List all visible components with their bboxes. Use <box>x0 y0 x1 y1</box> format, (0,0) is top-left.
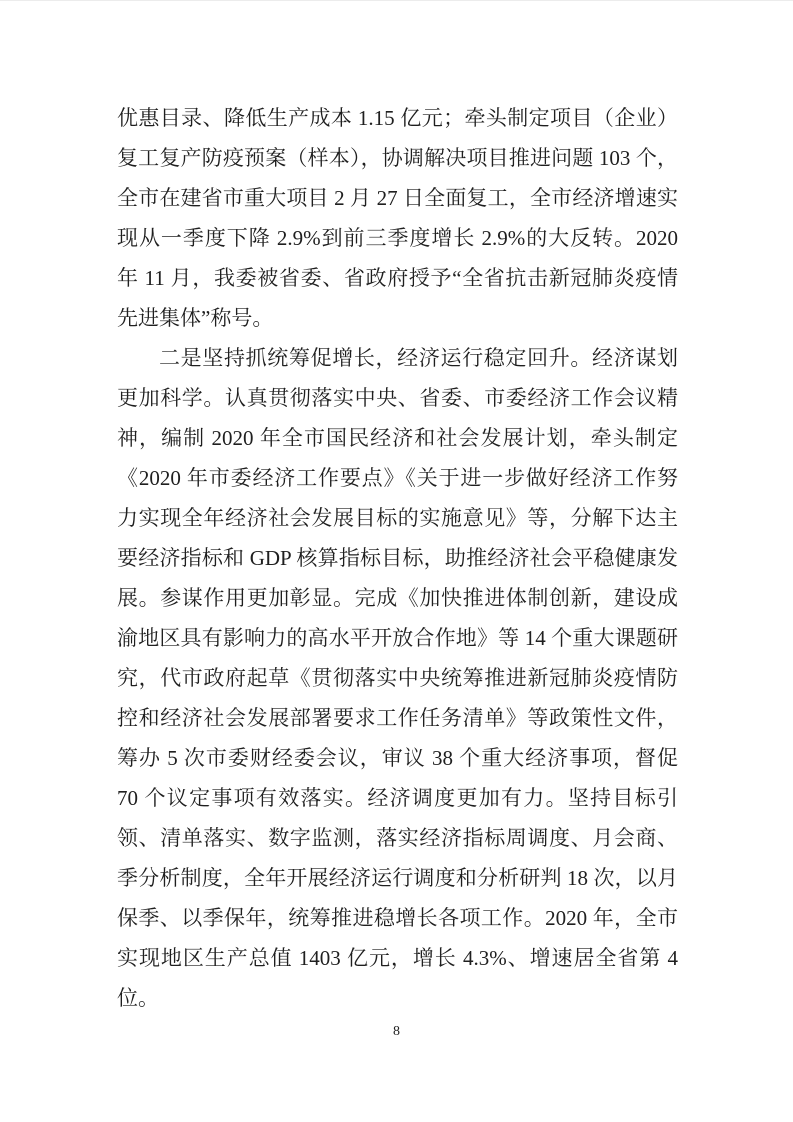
document-page: 优惠目录、降低生产成本 1.15 亿元；牵头制定项目（企业）复工复产防疫预案（样… <box>0 0 793 1122</box>
paragraph-section-two: 二是坚持抓统筹促增长，经济运行稳定回升。经济谋划更加科学。认真贯彻落实中央、省委… <box>117 338 678 1018</box>
paragraph-continuation: 优惠目录、降低生产成本 1.15 亿元；牵头制定项目（企业）复工复产防疫预案（样… <box>117 98 678 338</box>
page-number: 8 <box>0 1023 793 1041</box>
document-body: 优惠目录、降低生产成本 1.15 亿元；牵头制定项目（企业）复工复产防疫预案（样… <box>117 98 678 1018</box>
